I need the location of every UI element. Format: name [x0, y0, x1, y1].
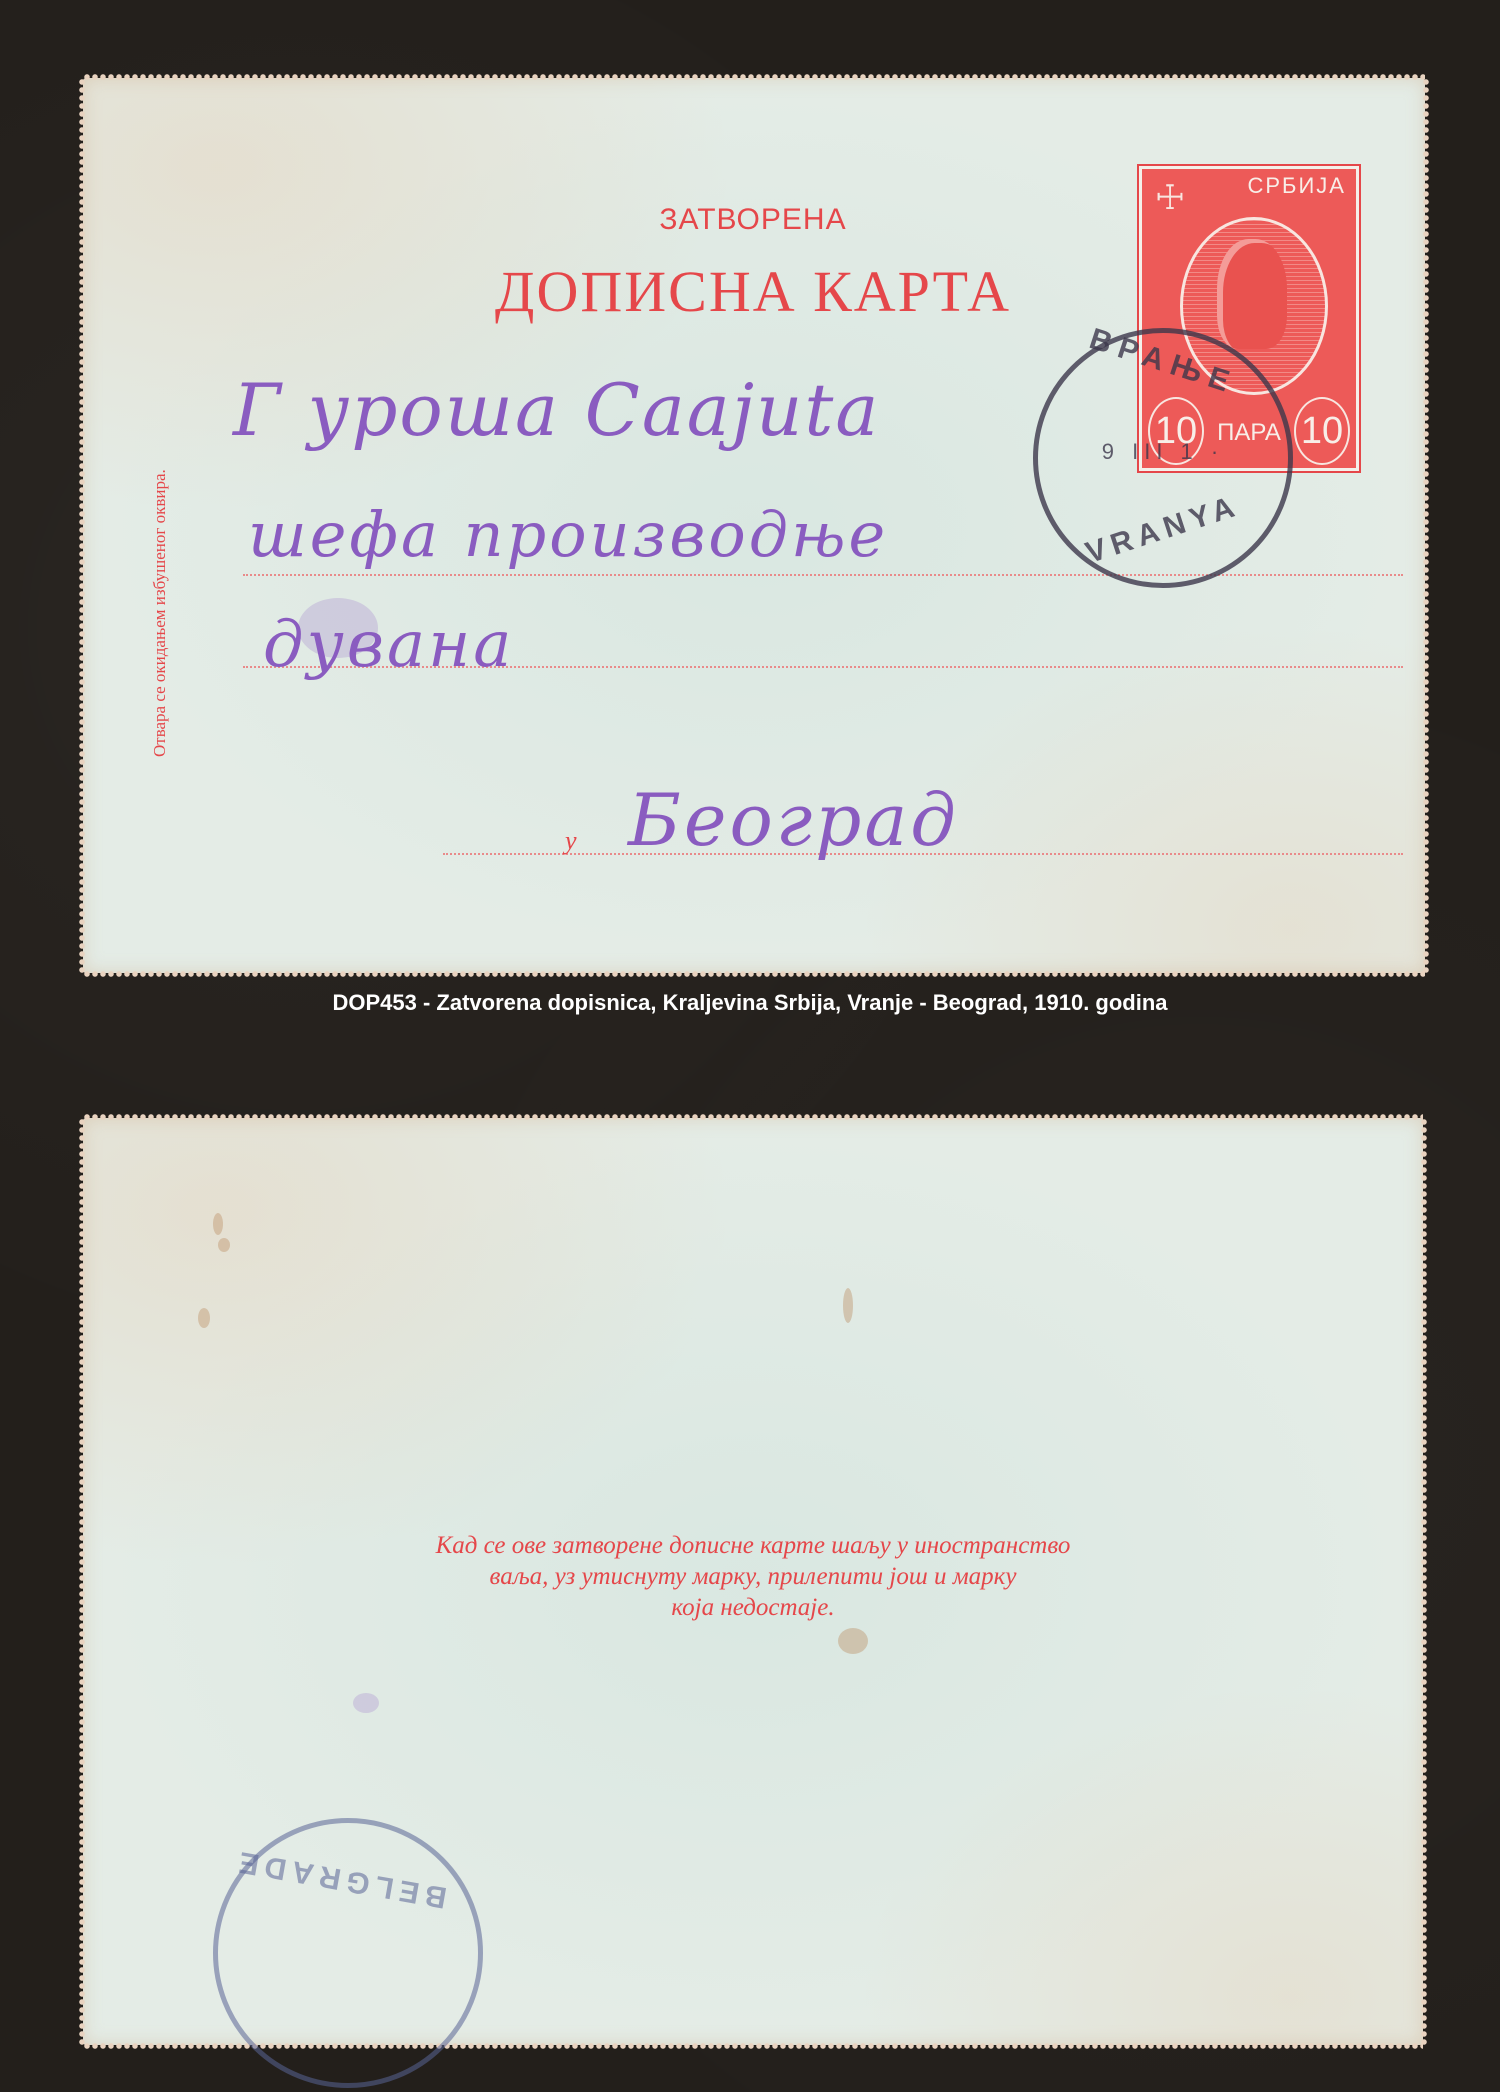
notice-line: која недостаје.: [263, 1592, 1243, 1623]
perforated-edge: [79, 1118, 85, 2045]
postmark-city: BELGRADE: [247, 1846, 450, 1914]
foxing-stain: [218, 1238, 230, 1252]
perforated-edge: [1421, 1118, 1427, 2045]
king-portrait-icon: [1217, 239, 1287, 349]
foxing-stain: [838, 1628, 868, 1654]
postcard-back: Кад се ове затворене дописне карте шаљу …: [83, 1118, 1423, 2045]
foreign-postage-notice: Кад се ове затворене дописне карте шаљу …: [263, 1530, 1243, 1623]
handwritten-recipient-title-cont: дувана: [263, 608, 514, 682]
item-caption: DOP453 - Zatvorena dopisnica, Kraljevina…: [0, 990, 1500, 1016]
perforated-edge: [83, 971, 1425, 977]
foxing-stain: [213, 1213, 223, 1235]
perforated-edge: [83, 1114, 1423, 1120]
stamp-value-right: 10: [1294, 397, 1350, 465]
foxing-stain: [198, 1308, 210, 1328]
stamp-country: СРБИЈА: [1248, 173, 1347, 199]
address-prefix: у: [565, 826, 577, 856]
card-title: ДОПИСНА КАРТА: [383, 258, 1123, 325]
perforated-edge: [79, 78, 85, 973]
postmark-date: 9 III 1 ·: [1078, 439, 1248, 465]
double-headed-eagle-icon: ☩: [1150, 175, 1190, 221]
postmark-vranje: ВРАЊЕ 9 III 1 · VRANYA: [1033, 328, 1293, 588]
address-line: [243, 574, 1403, 576]
ink-smudge: [353, 1693, 379, 1713]
handwritten-destination-city: Београд: [628, 778, 959, 862]
opening-instruction: Отвара се окидањем избушеног оквира.: [145, 348, 175, 878]
postcard-front: ЗАТВОРЕНА ДОПИСНА КАРТА Отвара се окидањ…: [83, 78, 1425, 973]
perforated-edge: [1423, 78, 1429, 973]
notice-line: ваља, уз утиснуту марку, прилепити још и…: [263, 1561, 1243, 1592]
perforated-edge: [83, 74, 1425, 80]
postmark-belgrade: BELGRADE: [213, 1818, 483, 2088]
notice-line: Кад се ове затворене дописне карте шаљу …: [263, 1530, 1243, 1561]
postmark-city-latin: VRANYA: [1077, 488, 1249, 573]
handwritten-recipient-name: Г урошa Саајuta: [233, 368, 880, 452]
card-subtitle: ЗАТВОРЕНА: [558, 203, 948, 237]
handwritten-recipient-title: шефа производње: [248, 498, 888, 571]
foxing-stain: [843, 1288, 853, 1323]
